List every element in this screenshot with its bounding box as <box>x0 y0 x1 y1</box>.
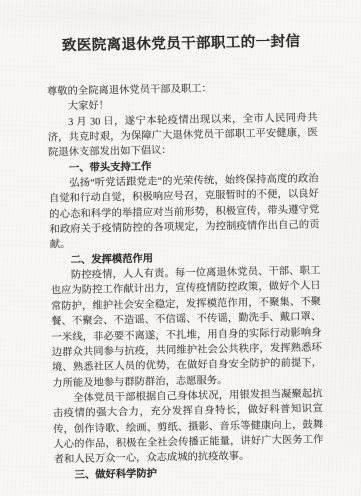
section-1-paragraph: 弘扬“听党话跟党走”的光荣传统，始终保持高度的政治自觉和行动自觉，积极响应号召，… <box>49 172 320 254</box>
scanned-letter-page: 致医院离退休党员干部职工的一封信 尊敬的全院离退休党员干部及职工： 大家好！ 3… <box>0 0 361 496</box>
letter-title: 致医院离退休党员干部职工的一封信 <box>46 34 316 56</box>
intro-paragraph: 3 月 30 日，遂宁本轮疫情出现以来，全市人民同舟共济，共克时艰，为保障广大退… <box>47 110 318 161</box>
letter-body: 尊敬的全院离退休党员干部及职工： 大家好！ 3 月 30 日，遂宁本轮疫情出现以… <box>47 80 324 484</box>
letter-content: 致医院离退休党员干部职工的一封信 尊敬的全院离退休党员干部及职工： 大家好！ 3… <box>46 34 324 484</box>
section-2-paragraph-1: 防控疫情，人人有责。每一位离退休党员、干部、职工也应为防控工作献计出力，宣传疫情… <box>50 264 322 392</box>
section-2-paragraph-2: 全体党员干部根据自己身体状况，用银发担当凝聚起抗击疫情的强大合力，充分发挥自身特… <box>52 386 323 468</box>
